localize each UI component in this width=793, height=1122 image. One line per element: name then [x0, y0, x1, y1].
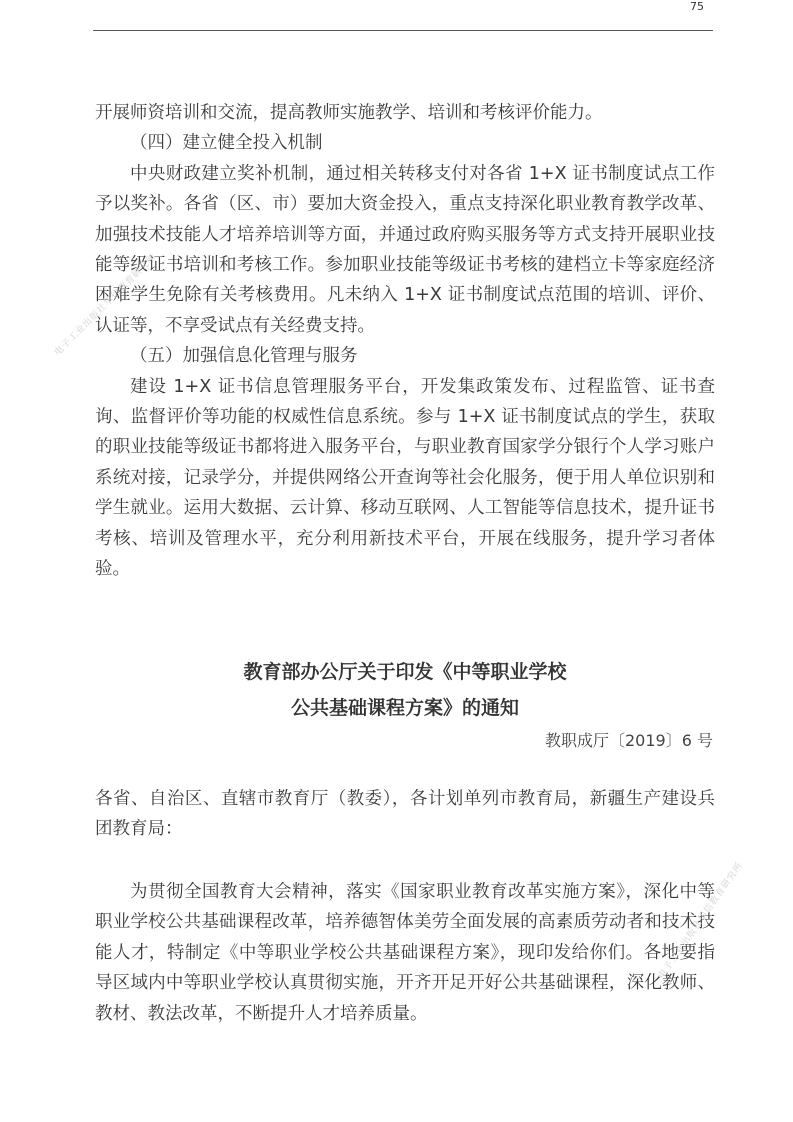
section-heading-5: （五）加强信息化管理与服务 — [95, 341, 715, 371]
notice-title-line-2: 公共基础课程方案》的通知 — [95, 690, 715, 726]
addressees-text: 各省、自治区、直辖市教育厅（教委），各计划单列市教育局，新疆生产建设兵团教育局： — [95, 784, 715, 845]
notice-title: 教育部办公厅关于印发《中等职业学校 公共基础课程方案》的通知 — [95, 654, 715, 726]
notice-title-line-1: 教育部办公厅关于印发《中等职业学校 — [95, 654, 715, 690]
continuation-paragraph: 开展师资培训和交流，提高教师实施教学、培训和考核评价能力。 — [95, 98, 715, 128]
page-number: 75 — [690, 0, 704, 14]
paragraph-funding: 中央财政建立奖补机制，通过相关转移支付对各省 1+X 证书制度试点工作予以奖补。… — [95, 159, 715, 341]
paragraph-information: 建设 1+X 证书信息管理服务平台，开发集政策发布、过程监管、证书查询、监督评价… — [95, 372, 715, 585]
notice-body-text: 为贯彻全国教育大会精神，落实《国家职业教育改革实施方案》，深化中等职业学校公共基… — [95, 877, 715, 1029]
section-heading-4: （四）建立健全投入机制 — [95, 128, 715, 158]
document-number: 教职成厅〔2019〕6 号 — [545, 728, 713, 751]
header-rule — [93, 30, 713, 31]
notice-body: 为贯彻全国教育大会精神，落实《国家职业教育改革实施方案》，深化中等职业学校公共基… — [95, 877, 715, 1029]
addressees: 各省、自治区、直辖市教育厅（教委），各计划单列市教育局，新疆生产建设兵团教育局： — [95, 784, 715, 845]
body-content: 开展师资培训和交流，提高教师实施教学、培训和考核评价能力。 （四）建立健全投入机… — [95, 98, 715, 585]
